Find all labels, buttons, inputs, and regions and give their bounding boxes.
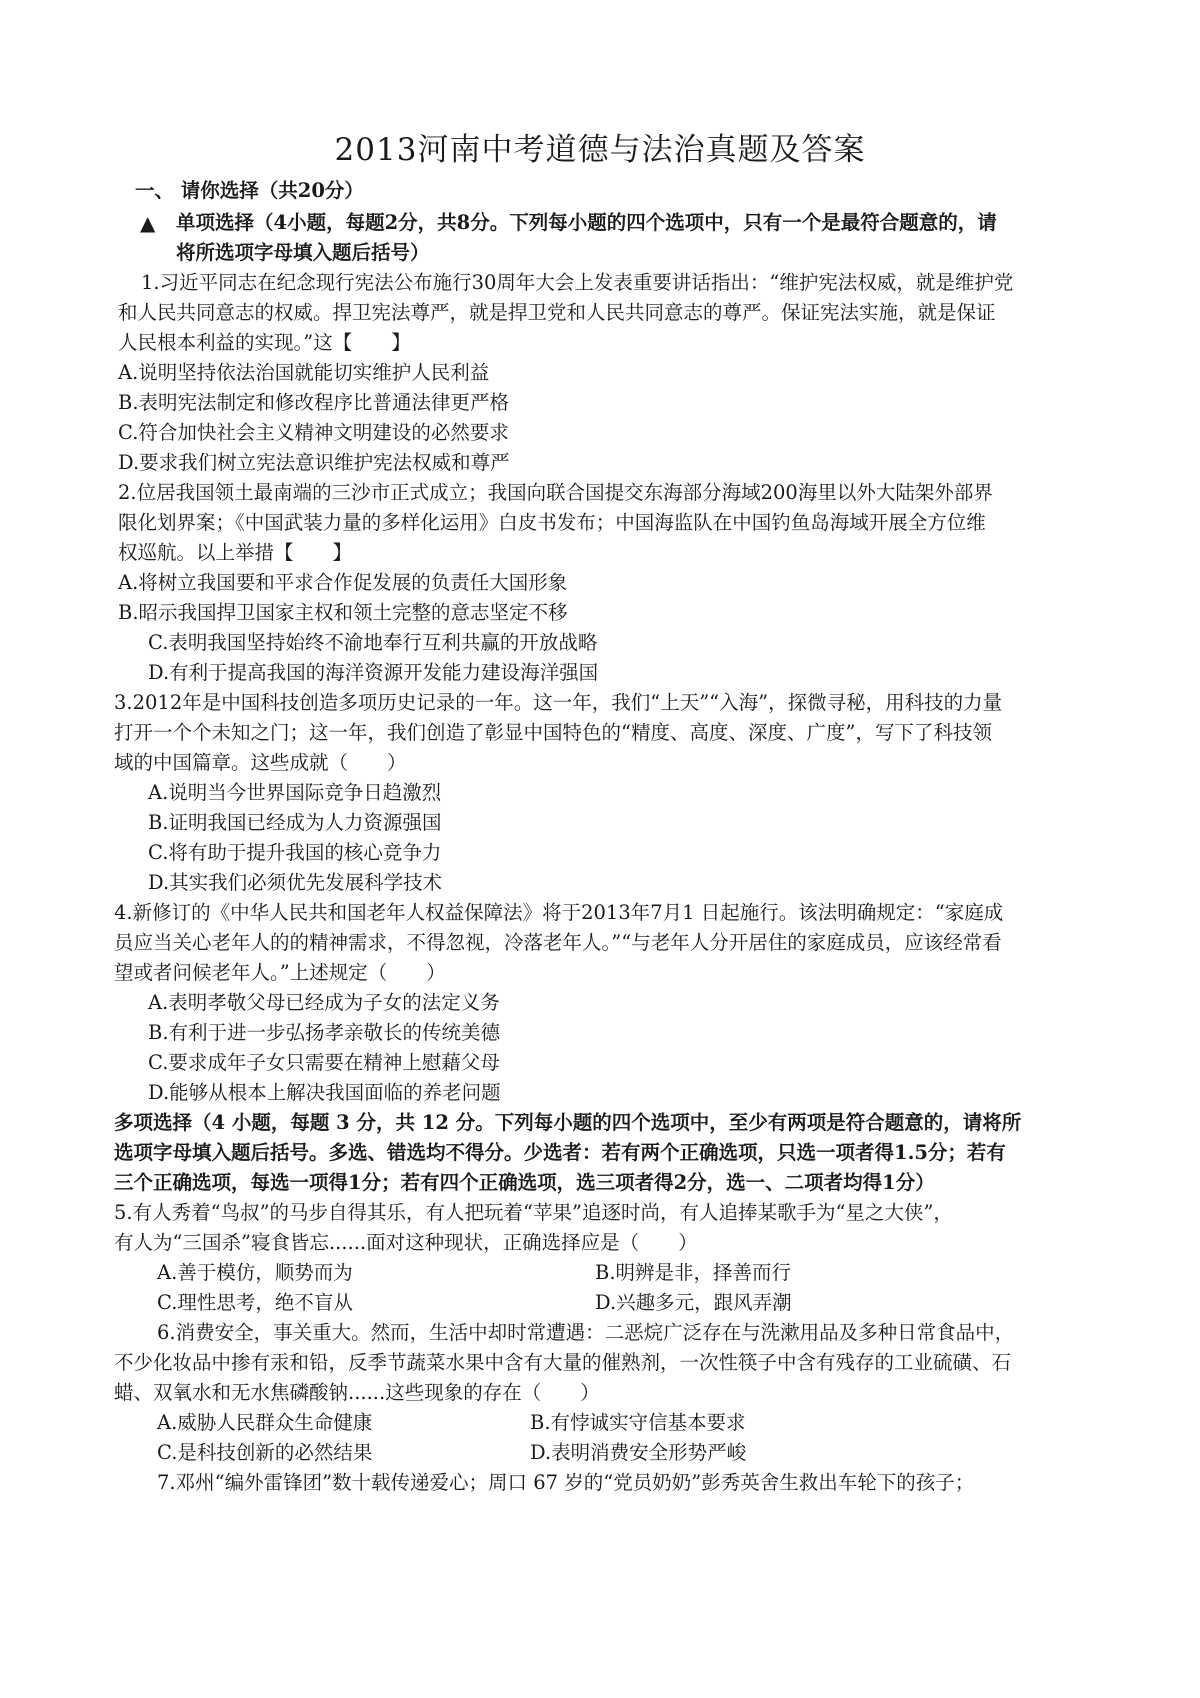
q2-option-a[interactable]: A.将树立我国要和平求合作促发展的负责任大国形象 bbox=[118, 568, 567, 598]
q4-option-b[interactable]: B.有利于进一步弘扬孝亲敬长的传统美德 bbox=[148, 1018, 500, 1048]
q6-option-b[interactable]: B.有悖诚实守信基本要求 bbox=[530, 1408, 746, 1438]
q3-option-b[interactable]: B.证明我国已经成为人力资源强国 bbox=[148, 808, 442, 838]
q4-stem-1: 4.新修订的《中华人民共和国老年人权益保障法》将于2013年7月1 日起施行。该… bbox=[114, 898, 1003, 928]
q7-stem-1: 7.邓州“编外雷锋团”数十载传递爱心；周口 67 岁的“党员奶奶”彭秀英舍生救出… bbox=[157, 1468, 974, 1498]
single-choice-instructions-2: 将所选项字母填入题后括号） bbox=[176, 238, 430, 268]
exam-page: 2013河南中考道德与法治真题及答案 一、 请你选择（共20分） ▲ 单项选择（… bbox=[0, 0, 1200, 1698]
q5-option-c[interactable]: C.理性思考，绝不盲从 bbox=[157, 1288, 353, 1318]
q3-stem-2: 打开一个个未知之门；这一年，我们创造了彰显中国特色的“精度、高度、深度、广度”，… bbox=[114, 718, 992, 748]
q2-option-d[interactable]: D.有利于提高我国的海洋资源开发能力建设海洋强国 bbox=[148, 658, 598, 688]
single-choice-instructions-1: 单项选择（4小题，每题2分，共8分。下列每小题的四个选项中，只有一个是最符合题意… bbox=[176, 208, 997, 238]
q2-option-c[interactable]: C.表明我国坚持始终不渝地奉行互利共赢的开放战略 bbox=[148, 628, 597, 658]
q6-option-a[interactable]: A.威胁人民群众生命健康 bbox=[157, 1408, 372, 1438]
q5-stem-1: 5.有人秀着“鸟叔”的马步自得其乐，有人把玩着“苹果”追逐时尚，有人追捧某歌手为… bbox=[114, 1198, 953, 1228]
q4-option-c[interactable]: C.要求成年子女只需要在精神上慰藉父母 bbox=[148, 1048, 500, 1078]
q5-stem-2: 有人为“三国杀”寝食皆忘......面对这种现状，正确选择应是（ ） bbox=[114, 1228, 698, 1258]
q1-option-c[interactable]: C.符合加快社会主义精神文明建设的必然要求 bbox=[118, 418, 509, 448]
q6-stem-1: 6.消费安全，事关重大。然而，生活中却时常遭遇：二恶烷广泛存在与洗漱用品及多种日… bbox=[157, 1318, 1014, 1348]
q6-stem-3: 蜡、双氧水和无水焦磷酸钠......这些现象的存在（ ） bbox=[114, 1378, 600, 1408]
multi-choice-instructions-2: 选项字母填入题后括号。多选、错选均不得分。少选者：若有两个正确选项，只选一项者得… bbox=[114, 1138, 1006, 1168]
q1-stem-2: 和人民共同意志的权威。捍卫宪法尊严，就是捍卫党和人民共同意志的尊严。保证宪法实施… bbox=[118, 298, 996, 328]
q4-stem-3: 望或者问候老年人。”上述规定（ ） bbox=[114, 958, 446, 988]
q1-stem-3: 人民根本利益的实现。”这【 】 bbox=[118, 328, 411, 358]
multi-choice-instructions-1: 多项选择（4 小题，每题 3 分，共 12 分。下列每小题的四个选项中，至少有两… bbox=[114, 1108, 1021, 1138]
q6-stem-2: 不少化妆品中掺有汞和铅，反季节蔬菜水果中含有大量的催熟剂，一次性筷子中含有残存的… bbox=[114, 1348, 1011, 1378]
q3-option-a[interactable]: A.说明当今世界国际竞争日趋激烈 bbox=[148, 778, 441, 808]
q5-option-d[interactable]: D.兴趣多元，跟风弄潮 bbox=[595, 1288, 792, 1318]
q2-stem-1: 2.位居我国领土最南端的三沙市正式成立；我国向联合国提交东海部分海域200海里以… bbox=[118, 478, 993, 508]
q2-option-b[interactable]: B.昭示我国捍卫国家主权和领土完整的意志坚定不移 bbox=[118, 598, 568, 628]
q5-option-b[interactable]: B.明辨是非，择善而行 bbox=[595, 1258, 791, 1288]
q3-stem-3: 域的中国篇章。这些成就（ ） bbox=[114, 748, 407, 778]
q3-stem-1: 3.2012年是中国科技创造多项历史记录的一年。这一年，我们“上天”“入海”，探… bbox=[114, 688, 1002, 718]
q3-option-c[interactable]: C.将有助于提升我国的核心竞争力 bbox=[148, 838, 441, 868]
q1-option-b[interactable]: B.表明宪法制定和修改程序比普通法律更严格 bbox=[118, 388, 509, 418]
q5-option-a[interactable]: A.善于模仿，顺势而为 bbox=[157, 1258, 353, 1288]
q1-option-d[interactable]: D.要求我们树立宪法意识维护宪法权威和尊严 bbox=[118, 448, 510, 478]
q4-option-a[interactable]: A.表明孝敬父母已经成为子女的法定义务 bbox=[148, 988, 500, 1018]
q4-option-d[interactable]: D.能够从根本上解决我国面临的养老问题 bbox=[148, 1078, 501, 1108]
multi-choice-instructions-3: 三个正确选项，每选一项得1分；若有四个正确选项，选三项者得2分，选一、二项者均得… bbox=[114, 1168, 935, 1198]
q4-stem-2: 员应当关心老年人的的精神需求，不得忽视，冷落老年人。”“与老年人分开居住的家庭成… bbox=[114, 928, 1002, 958]
q6-option-c[interactable]: C.是科技创新的必然结果 bbox=[157, 1438, 372, 1468]
q6-option-d[interactable]: D.表明消费安全形势严峻 bbox=[530, 1438, 746, 1468]
triangle-icon: ▲ bbox=[140, 208, 155, 238]
q1-stem-1: 1.习近平同志在纪念现行宪法公布施行30周年大会上发表重要讲话指出：“维护宪法权… bbox=[141, 268, 1013, 298]
q3-option-d[interactable]: D.其实我们必须优先发展科学技术 bbox=[148, 868, 442, 898]
section-heading: 一、 请你选择（共20分） bbox=[135, 176, 364, 206]
q1-option-a[interactable]: A.说明坚持依法治国就能切实维护人民利益 bbox=[118, 358, 489, 388]
q2-stem-3: 权巡航。以上举措【 】 bbox=[118, 538, 352, 568]
page-title: 2013河南中考道德与法治真题及答案 bbox=[0, 124, 1200, 169]
q2-stem-2: 限化划界案；《中国武装力量的多样化运用》白皮书发布；中国海监队在中国钓鱼岛海域开… bbox=[118, 508, 986, 538]
